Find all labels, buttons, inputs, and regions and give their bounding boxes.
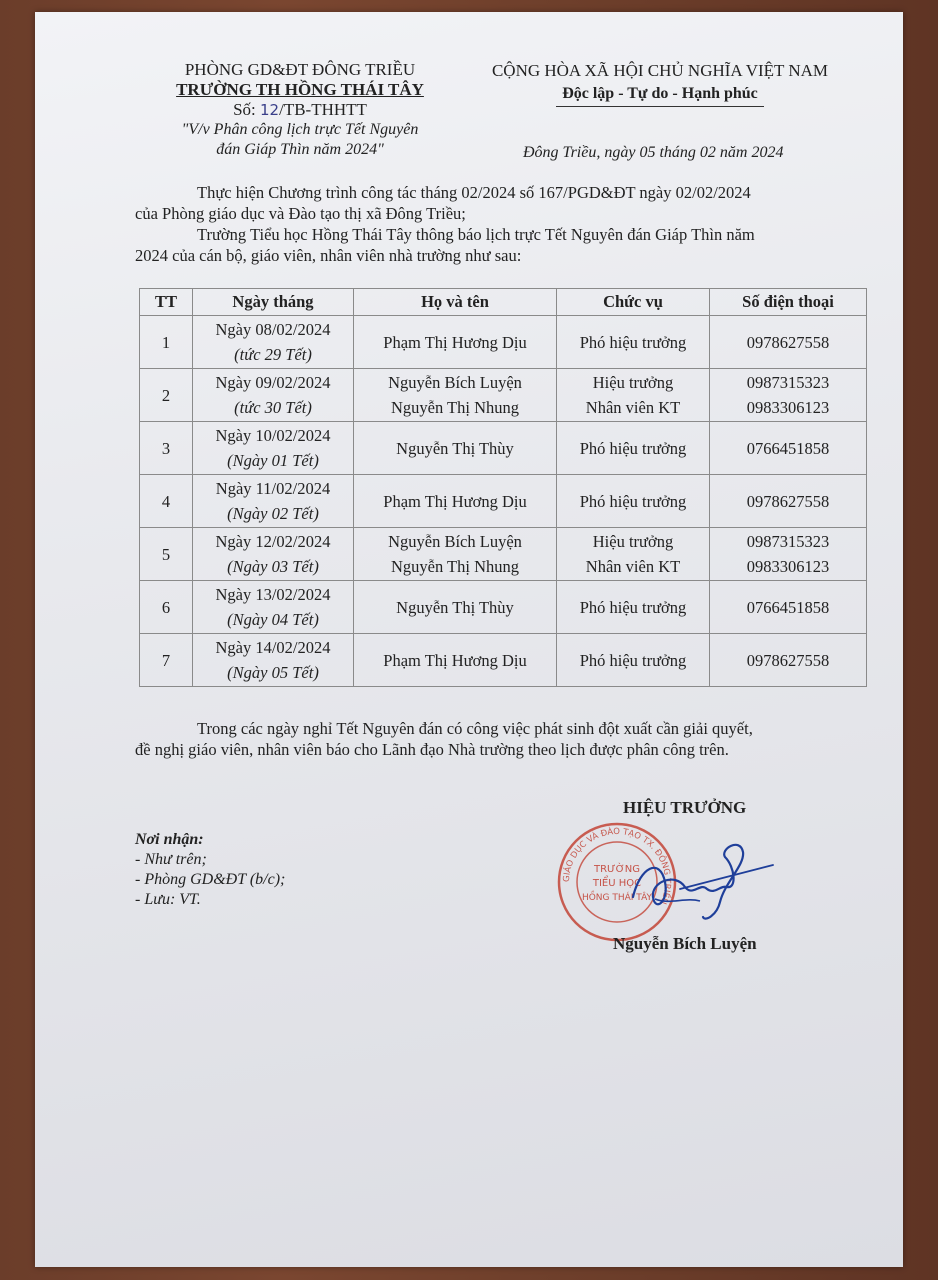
phone-number: 0766451858 [714, 595, 862, 620]
cell-date: Ngày 10/02/2024(Ngày 01 Tết) [193, 422, 354, 475]
lunar-date-note: (Ngày 05 Tết) [197, 660, 349, 685]
number-suffix: /TB-THHTT [279, 100, 367, 119]
staff-position: Phó hiệu trưởng [561, 595, 705, 620]
school-name: TRƯỜNG TH HỒNG THÁI TÂY [135, 80, 465, 100]
staff-name: Phạm Thị Hương Dịu [358, 489, 552, 514]
signer-name: Nguyễn Bích Luyện [613, 934, 757, 954]
staff-position: Phó hiệu trưởng [561, 489, 705, 514]
national-motto: Độc lập - Tự do - Hạnh phúc [556, 83, 764, 107]
document-page: PHÒNG GD&ĐT ĐÔNG TRIỀU TRƯỜNG TH HỒNG TH… [35, 12, 903, 1267]
cell-tt: 4 [140, 475, 193, 528]
col-header-phone: Số điện thoại [710, 289, 867, 316]
duty-date: Ngày 14/02/2024 [197, 635, 349, 660]
cell-phone: 0978627558 [710, 634, 867, 687]
recipient-item: - Lưu: VT. [135, 890, 285, 910]
para1-line2: của Phòng giáo dục và Đào tạo thị xã Đôn… [135, 203, 875, 224]
cell-position: Phó hiệu trưởng [557, 475, 710, 528]
lunar-date-note: (tức 30 Tết) [197, 395, 349, 420]
department-name: PHÒNG GD&ĐT ĐÔNG TRIỀU [135, 60, 465, 80]
table-header-row: TT Ngày tháng Họ và tên Chức vụ Số điện … [140, 289, 867, 316]
cell-date: Ngày 09/02/2024(tức 30 Tết) [193, 369, 354, 422]
closing-line1: Trong các ngày nghỉ Tết Nguyên đán có cô… [135, 718, 875, 739]
table-row: 7Ngày 14/02/2024(Ngày 05 Tết)Phạm Thị Hư… [140, 634, 867, 687]
number-prefix: Số: [233, 100, 260, 119]
staff-name: Nguyễn Thị Thùy [358, 436, 552, 461]
closing-paragraph: Trong các ngày nghỉ Tết Nguyên đán có cô… [135, 718, 875, 760]
cell-name: Nguyễn Bích LuyệnNguyễn Thị Nhung [354, 528, 557, 581]
cell-name: Phạm Thị Hương Dịu [354, 316, 557, 369]
staff-name: Nguyễn Thị Nhung [358, 554, 552, 579]
lunar-date-note: (Ngày 02 Tết) [197, 501, 349, 526]
recipients-title: Nơi nhận: [135, 830, 285, 850]
col-header-date: Ngày tháng [193, 289, 354, 316]
intro-paragraph-2: Trường Tiểu học Hồng Thái Tây thông báo … [135, 224, 875, 266]
cell-date: Ngày 12/02/2024(Ngày 03 Tết) [193, 528, 354, 581]
staff-name: Nguyễn Bích Luyện [358, 529, 552, 554]
col-header-name: Họ và tên [354, 289, 557, 316]
cell-date: Ngày 08/02/2024(tức 29 Tết) [193, 316, 354, 369]
lunar-date-note: (Ngày 03 Tết) [197, 554, 349, 579]
col-header-position: Chức vụ [557, 289, 710, 316]
phone-number: 0766451858 [714, 436, 862, 461]
recipient-item: - Phòng GD&ĐT (b/c); [135, 870, 285, 890]
phone-number: 0987315323 [714, 529, 862, 554]
row-number: 7 [144, 648, 188, 673]
staff-position: Nhân viên KT [561, 554, 705, 579]
staff-position: Nhân viên KT [561, 395, 705, 420]
duty-date: Ngày 08/02/2024 [197, 317, 349, 342]
phone-number: 0983306123 [714, 395, 862, 420]
cell-position: Phó hiệu trưởng [557, 581, 710, 634]
cell-date: Ngày 11/02/2024(Ngày 02 Tết) [193, 475, 354, 528]
table-body: 1Ngày 08/02/2024(tức 29 Tết)Phạm Thị Hươ… [140, 316, 867, 687]
cell-position: Phó hiệu trưởng [557, 422, 710, 475]
date-line: Đông Triều, ngày 05 tháng 02 năm 2024 [523, 144, 783, 162]
lunar-date-note: (Ngày 01 Tết) [197, 448, 349, 473]
duty-date: Ngày 11/02/2024 [197, 476, 349, 501]
recipient-item: - Như trên; [135, 850, 285, 870]
phone-number: 0983306123 [714, 554, 862, 579]
lunar-date-note: (tức 29 Tết) [197, 342, 349, 367]
duty-date: Ngày 12/02/2024 [197, 529, 349, 554]
duty-date: Ngày 09/02/2024 [197, 370, 349, 395]
lunar-date-note: (Ngày 04 Tết) [197, 607, 349, 632]
cell-name: Nguyễn Thị Thùy [354, 581, 557, 634]
staff-position: Hiệu trưởng [561, 370, 705, 395]
cell-tt: 1 [140, 316, 193, 369]
cell-name: Nguyễn Thị Thùy [354, 422, 557, 475]
staff-name: Nguyễn Thị Nhung [358, 395, 552, 420]
phone-number: 0978627558 [714, 330, 862, 355]
staff-position: Phó hiệu trưởng [561, 436, 705, 461]
cell-name: Phạm Thị Hương Dịu [354, 634, 557, 687]
cell-phone: 0766451858 [710, 422, 867, 475]
cell-position: Hiệu trưởngNhân viên KT [557, 369, 710, 422]
handwritten-number: 12 [260, 101, 279, 119]
cell-phone: 09873153230983306123 [710, 528, 867, 581]
cell-tt: 5 [140, 528, 193, 581]
cell-phone: 0978627558 [710, 316, 867, 369]
cell-tt: 6 [140, 581, 193, 634]
duty-schedule-table: TT Ngày tháng Họ và tên Chức vụ Số điện … [139, 288, 867, 687]
row-number: 3 [144, 436, 188, 461]
staff-position: Phó hiệu trưởng [561, 330, 705, 355]
staff-name: Phạm Thị Hương Dịu [358, 330, 552, 355]
table-row: 4Ngày 11/02/2024(Ngày 02 Tết)Phạm Thị Hư… [140, 475, 867, 528]
para2-line1: Trường Tiểu học Hồng Thái Tây thông báo … [135, 224, 875, 245]
staff-name: Phạm Thị Hương Dịu [358, 648, 552, 673]
document-number: Số: 12/TB-THHTT [135, 100, 465, 120]
recipients-block: Nơi nhận: - Như trên; - Phòng GD&ĐT (b/c… [135, 830, 285, 910]
closing-line2: đề nghị giáo viên, nhân viên báo cho Lãn… [135, 739, 875, 760]
cell-tt: 7 [140, 634, 193, 687]
cell-position: Phó hiệu trưởng [557, 634, 710, 687]
row-number: 4 [144, 489, 188, 514]
cell-date: Ngày 13/02/2024(Ngày 04 Tết) [193, 581, 354, 634]
cell-date: Ngày 14/02/2024(Ngày 05 Tết) [193, 634, 354, 687]
table-row: 3Ngày 10/02/2024(Ngày 01 Tết)Nguyễn Thị … [140, 422, 867, 475]
para2-line2: 2024 của cán bộ, giáo viên, nhân viên nh… [135, 245, 875, 266]
phone-number: 0978627558 [714, 489, 862, 514]
cell-phone: 0978627558 [710, 475, 867, 528]
cell-name: Phạm Thị Hương Dịu [354, 475, 557, 528]
staff-position: Hiệu trưởng [561, 529, 705, 554]
para1-line1: Thực hiện Chương trình công tác tháng 02… [135, 182, 875, 203]
cell-tt: 3 [140, 422, 193, 475]
table-row: 5Ngày 12/02/2024(Ngày 03 Tết)Nguyễn Bích… [140, 528, 867, 581]
cell-position: Hiệu trưởngNhân viên KT [557, 528, 710, 581]
table-row: 6Ngày 13/02/2024(Ngày 04 Tết)Nguyễn Thị … [140, 581, 867, 634]
row-number: 6 [144, 595, 188, 620]
phone-number: 0987315323 [714, 370, 862, 395]
row-number: 5 [144, 542, 188, 567]
handwritten-signature-icon [625, 827, 775, 937]
row-number: 2 [144, 383, 188, 408]
row-number: 1 [144, 330, 188, 355]
intro-paragraph-1: Thực hiện Chương trình công tác tháng 02… [135, 182, 875, 224]
duty-date: Ngày 10/02/2024 [197, 423, 349, 448]
staff-position: Phó hiệu trưởng [561, 648, 705, 673]
duty-date: Ngày 13/02/2024 [197, 582, 349, 607]
cell-phone: 0766451858 [710, 581, 867, 634]
signer-title: HIỆU TRƯỞNG [623, 798, 746, 818]
table-row: 1Ngày 08/02/2024(tức 29 Tết)Phạm Thị Hươ… [140, 316, 867, 369]
cell-phone: 09873153230983306123 [710, 369, 867, 422]
national-header: CỘNG HÒA XÃ HỘI CHỦ NGHĨA VIỆT NAM Độc l… [455, 60, 865, 107]
cell-tt: 2 [140, 369, 193, 422]
staff-name: Nguyễn Bích Luyện [358, 370, 552, 395]
issuer-block: PHÒNG GD&ĐT ĐÔNG TRIỀU TRƯỜNG TH HỒNG TH… [135, 60, 465, 160]
cell-name: Nguyễn Bích LuyệnNguyễn Thị Nhung [354, 369, 557, 422]
nation-title: CỘNG HÒA XÃ HỘI CHỦ NGHĨA VIỆT NAM [455, 60, 865, 82]
staff-name: Nguyễn Thị Thùy [358, 595, 552, 620]
table-row: 2Ngày 09/02/2024(tức 30 Tết)Nguyễn Bích … [140, 369, 867, 422]
phone-number: 0978627558 [714, 648, 862, 673]
subject-line-2: đán Giáp Thìn năm 2024" [135, 140, 465, 160]
school-name-text: TRƯỜNG TH HỒNG THÁI TÂY [176, 80, 424, 99]
col-header-tt: TT [140, 289, 193, 316]
subject-line-1: "V/v Phân công lịch trực Tết Nguyên [135, 120, 465, 140]
cell-position: Phó hiệu trưởng [557, 316, 710, 369]
